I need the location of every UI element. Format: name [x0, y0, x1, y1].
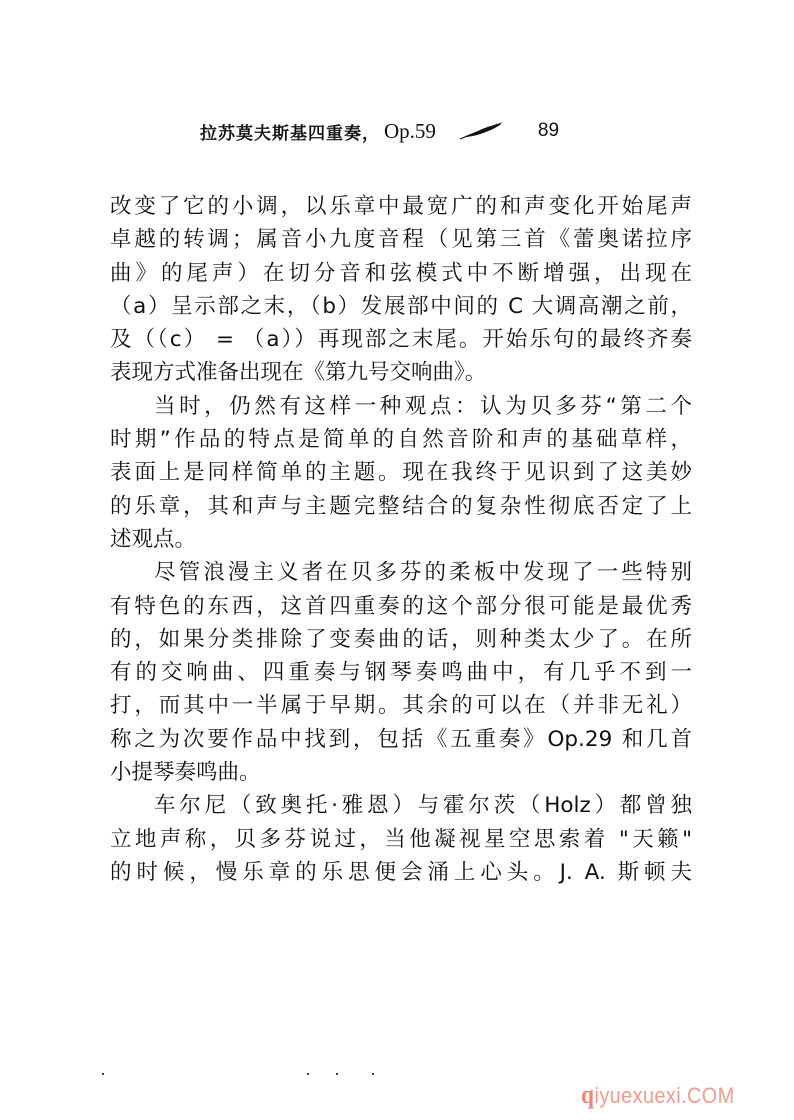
text-line: 车尔尼（致奥托·雅恩）与霍尔茨（Holz）都曾独	[110, 789, 692, 822]
text-line: 的时候，慢乐章的乐思便会涌上心头。J. A. 斯顿夫	[110, 856, 692, 889]
text-line: 表现方式准备出现在《第九号交响曲》。	[110, 356, 692, 389]
scan-artifacts	[0, 1073, 794, 1077]
text-line: 及（（c） = （a））再现部之末尾。开始乐句的最终齐奏	[110, 323, 692, 356]
text-line: 卓越的转调；属音小九度音程（见第三首《蕾奥诺拉序	[110, 223, 692, 256]
text-line: 曲》的尾声）在切分音和弦模式中不断增强，出现在	[110, 257, 692, 290]
text-line: 述观点。	[110, 523, 692, 556]
watermark-text: iyuexuexi.COM	[594, 1083, 734, 1108]
text-line: 立地声称，贝多芬说过，当他凝视星空思索着 "天籁"	[110, 823, 692, 856]
text-line: 小提琴奏鸣曲。	[110, 756, 692, 789]
scan-dot	[372, 1073, 374, 1075]
paragraph-3: 尽管浪漫主义者在贝多芬的柔板中发现了一些特别 有特色的东西，这首四重奏的这个部分…	[110, 556, 692, 789]
scan-dot	[336, 1073, 338, 1075]
running-head-title: 拉苏莫夫斯基四重奏，	[200, 119, 380, 144]
quill-pen-icon	[458, 121, 504, 141]
text-line: 当时，仍然有这样一种观点：认为贝多芬“第二个	[110, 390, 692, 423]
paragraph-1: 改变了它的小调，以乐章中最宽广的和声变化开始尾声 卓越的转调；属音小九度音程（见…	[110, 190, 692, 390]
page-number: 89	[538, 120, 559, 142]
text-line: 表面上是同样简单的主题。现在我终于见识到了这美妙	[110, 456, 692, 489]
paragraph-2: 当时，仍然有这样一种观点：认为贝多芬“第二个 时期”作品的特点是简单的自然音阶和…	[110, 390, 692, 556]
running-head-opus: Op.59	[384, 119, 436, 144]
text-line: 称之为次要作品中找到，包括《五重奏》Op.29 和几首	[110, 723, 692, 756]
scan-dot	[102, 1073, 104, 1075]
site-watermark: qiyuexuexi.COM	[581, 1080, 735, 1110]
paragraph-4: 车尔尼（致奥托·雅恩）与霍尔茨（Holz）都曾独 立地声称，贝多芬说过，当他凝视…	[110, 789, 692, 889]
body-text: 改变了它的小调，以乐章中最宽广的和声变化开始尾声 卓越的转调；属音小九度音程（见…	[110, 190, 692, 889]
text-line: 有特色的东西，这首四重奏的这个部分很可能是最优秀	[110, 590, 692, 623]
running-head: 拉苏莫夫斯基四重奏， Op.59 89	[200, 116, 660, 146]
text-line: 尽管浪漫主义者在贝多芬的柔板中发现了一些特别	[110, 556, 692, 589]
text-line: 改变了它的小调，以乐章中最宽广的和声变化开始尾声	[110, 190, 692, 223]
text-line: 有的交响曲、四重奏与钢琴奏鸣曲中，有几乎不到一	[110, 656, 692, 689]
text-line: 时期”作品的特点是简单的自然音阶和声的基础草样，	[110, 423, 692, 456]
text-line: 的乐章，其和声与主题完整结合的复杂性彻底否定了上	[110, 490, 692, 523]
text-line: 打，而其中一半属于早期。其余的可以在（并非无礼）	[110, 689, 692, 722]
text-line: （a）呈示部之末，（b）发展部中间的 C 大调高潮之前，	[110, 290, 692, 323]
scan-dot	[307, 1073, 309, 1075]
text-line: 的，如果分类排除了变奏曲的话，则种类太少了。在所	[110, 623, 692, 656]
watermark-logo-letter: q	[581, 1080, 594, 1109]
